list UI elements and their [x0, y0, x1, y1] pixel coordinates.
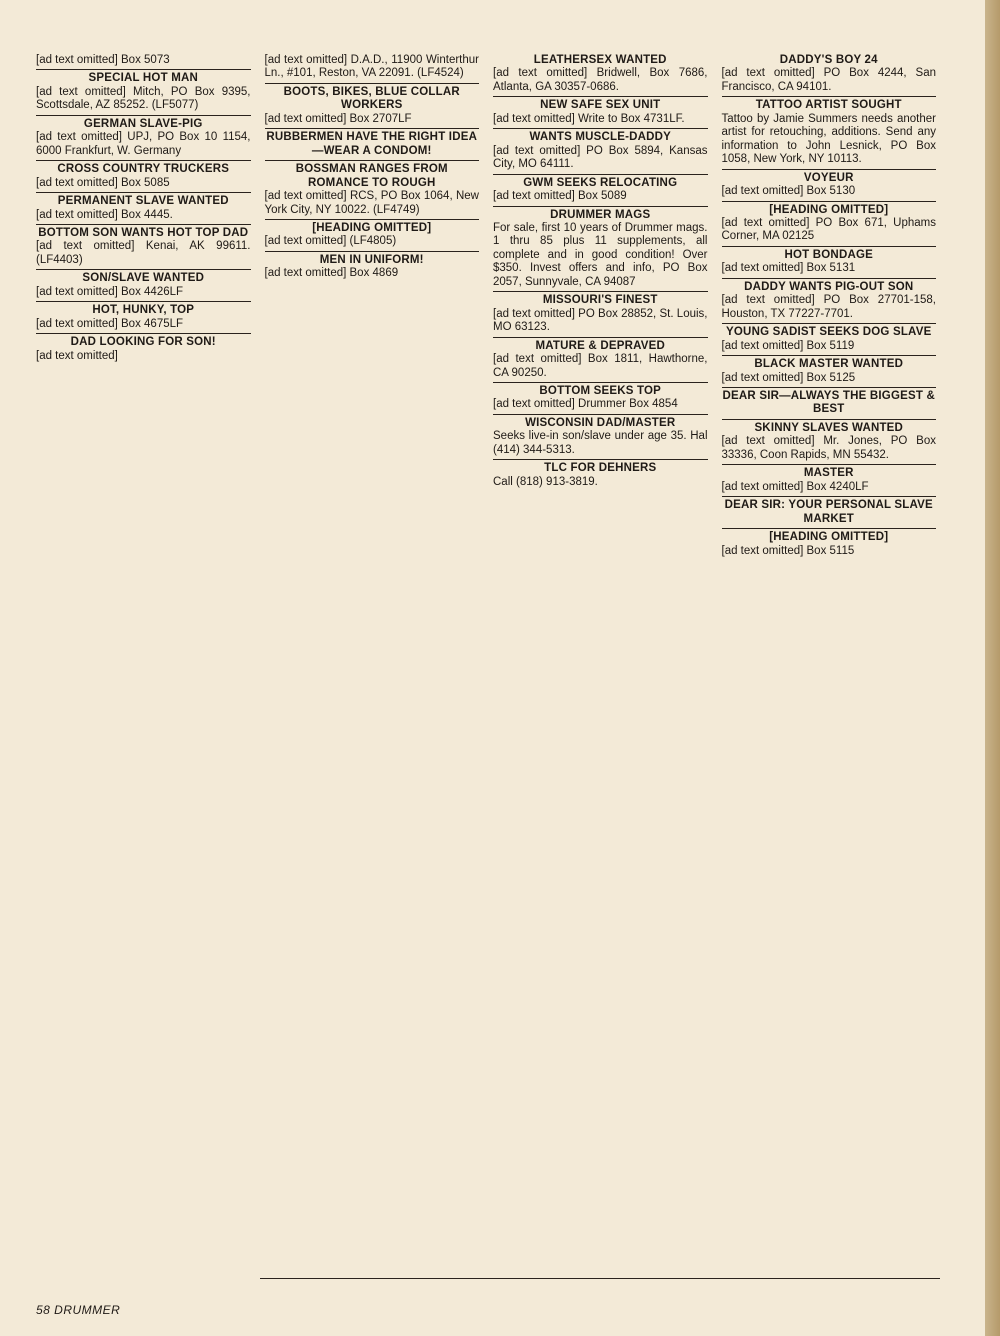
ad-heading: BOTTOM SEEKS TOP: [493, 385, 708, 398]
ad-body: [ad text omitted] Box 4869: [265, 267, 480, 280]
classified-ad: NEW SAFE SEX UNIT[ad text omitted] Write…: [493, 96, 708, 126]
classified-ad: DEAR SIR: YOUR PERSONAL SLAVE MARKET: [722, 496, 937, 526]
ad-body: [ad text omitted] Box 5125: [722, 372, 937, 385]
classified-ad: MISSOURI'S FINEST[ad text omitted] PO Bo…: [493, 291, 708, 334]
ad-body: [ad text omitted] Bridwell, Box 7686, At…: [493, 67, 708, 94]
classified-ad: SKINNY SLAVES WANTED[ad text omitted] Mr…: [722, 419, 937, 462]
classified-ad: YOUNG SADIST SEEKS DOG SLAVE[ad text omi…: [722, 323, 937, 353]
ad-body: [ad text omitted] Box 4675LF: [36, 318, 251, 331]
magazine-page: [ad text omitted] Box 5073SPECIAL HOT MA…: [0, 0, 985, 1336]
ad-body: [ad text omitted] PO Box 27701-158, Hous…: [722, 294, 937, 321]
ad-heading: [heading omitted]: [722, 531, 937, 544]
classified-ad: MEN IN UNIFORM![ad text omitted] Box 486…: [265, 251, 480, 281]
ad-body: [ad text omitted] D.A.D., 11900 Winterth…: [265, 54, 480, 81]
classified-ad: WANTS MUSCLE-DADDY[ad text omitted] PO B…: [493, 128, 708, 171]
ad-body: [ad text omitted] PO Box 4244, San Franc…: [722, 67, 937, 94]
ad-body: [ad text omitted] Box 5130: [722, 185, 937, 198]
column-3: LEATHERSEX WANTED[ad text omitted] Bridw…: [493, 50, 708, 558]
ad-heading: RUBBERMEN HAVE THE RIGHT IDEA—WEAR A CON…: [265, 131, 480, 158]
ad-heading: BLACK MASTER WANTED: [722, 358, 937, 371]
ad-heading: GERMAN SLAVE-PIG: [36, 118, 251, 131]
ad-heading: SON/SLAVE WANTED: [36, 272, 251, 285]
ad-heading: WISCONSIN DAD/MASTER: [493, 417, 708, 430]
ad-body: [ad text omitted] Kenai, AK 99611. (LF44…: [36, 240, 251, 267]
classified-ad: MASTER[ad text omitted] Box 4240LF: [722, 464, 937, 494]
classified-ad: [heading omitted][ad text omitted] (LF48…: [265, 219, 480, 249]
ad-heading: MATURE & DEPRAVED: [493, 340, 708, 353]
ad-body: [ad text omitted]: [36, 350, 251, 363]
classified-ad: VOYEUR[ad text omitted] Box 5130: [722, 169, 937, 199]
ad-body: [ad text omitted] (LF4805): [265, 235, 480, 248]
ad-body: [ad text omitted] Box 5085: [36, 177, 251, 190]
classified-ad: GERMAN SLAVE-PIG[ad text omitted] UPJ, P…: [36, 115, 251, 158]
ad-body: [ad text omitted] Write to Box 4731LF.: [493, 113, 708, 126]
classified-ad: GWM SEEKS RELOCATING[ad text omitted] Bo…: [493, 174, 708, 204]
ad-heading: TLC FOR DEHNERS: [493, 462, 708, 475]
ad-body: For sale, first 10 years of Drummer mags…: [493, 222, 708, 289]
ad-heading: HOT, HUNKY, TOP: [36, 304, 251, 317]
classified-ad: DRUMMER MAGSFor sale, first 10 years of …: [493, 206, 708, 290]
ad-heading: BOSSMAN RANGES FROM ROMANCE TO ROUGH: [265, 163, 480, 190]
ad-heading: BOOTS, BIKES, BLUE COLLAR WORKERS: [265, 86, 480, 113]
ad-body: [ad text omitted] Mr. Jones, PO Box 3333…: [722, 435, 937, 462]
classified-ad: BOOTS, BIKES, BLUE COLLAR WORKERS[ad tex…: [265, 83, 480, 126]
ad-body: [ad text omitted] PO Box 5894, Kansas Ci…: [493, 145, 708, 172]
classified-ad: RUBBERMEN HAVE THE RIGHT IDEA—WEAR A CON…: [265, 128, 480, 158]
ad-body: [ad text omitted] Box 2707LF: [265, 113, 480, 126]
ad-heading: BOTTOM SON WANTS HOT TOP DAD: [36, 227, 251, 240]
classified-ad: SPECIAL HOT MAN[ad text omitted] Mitch, …: [36, 69, 251, 112]
column-4: DADDY'S BOY 24[ad text omitted] PO Box 4…: [722, 50, 937, 558]
ad-body: [ad text omitted] PO Box 28852, St. Loui…: [493, 308, 708, 335]
ad-body: [ad text omitted] Box 4426LF: [36, 286, 251, 299]
classified-ad: TLC FOR DEHNERSCall (818) 913-3819.: [493, 459, 708, 489]
classified-ad: DAD LOOKING FOR SON![ad text omitted]: [36, 333, 251, 363]
classified-ad: [heading omitted][ad text omitted] PO Bo…: [722, 201, 937, 244]
ad-heading: [heading omitted]: [265, 222, 480, 235]
ad-heading: CROSS COUNTRY TRUCKERS: [36, 163, 251, 176]
ad-body: [ad text omitted] Mitch, PO Box 9395, Sc…: [36, 86, 251, 113]
column-2: [ad text omitted] D.A.D., 11900 Winterth…: [265, 50, 480, 558]
ad-body: [ad text omitted] Drummer Box 4854: [493, 398, 708, 411]
classified-ad: BOTTOM SEEKS TOP[ad text omitted] Drumme…: [493, 382, 708, 412]
classified-ad: WISCONSIN DAD/MASTERSeeks live-in son/sl…: [493, 414, 708, 457]
ad-heading: VOYEUR: [722, 172, 937, 185]
ad-heading: MEN IN UNIFORM!: [265, 254, 480, 267]
ad-heading: SKINNY SLAVES WANTED: [722, 422, 937, 435]
ad-body: [ad text omitted] Box 5115: [722, 545, 937, 558]
ad-body: [ad text omitted] Box 5089: [493, 190, 708, 203]
ad-heading: YOUNG SADIST SEEKS DOG SLAVE: [722, 326, 937, 339]
ad-heading: WANTS MUSCLE-DADDY: [493, 131, 708, 144]
ad-body: [ad text omitted] Box 5131: [722, 262, 937, 275]
classified-ad: PERMANENT SLAVE WANTED[ad text omitted] …: [36, 192, 251, 222]
classified-ad: DEAR SIR—ALWAYS THE BIGGEST & BEST: [722, 387, 937, 417]
classified-ad: HOT, HUNKY, TOP[ad text omitted] Box 467…: [36, 301, 251, 331]
classified-ad: TATTOO ARTIST SOUGHTTattoo by Jamie Summ…: [722, 96, 937, 166]
ad-heading: TATTOO ARTIST SOUGHT: [722, 99, 937, 112]
classified-columns: [ad text omitted] Box 5073SPECIAL HOT MA…: [36, 50, 936, 558]
ad-heading: LEATHERSEX WANTED: [493, 54, 708, 67]
ad-body: Call (818) 913-3819.: [493, 476, 708, 489]
ad-body: [ad text omitted] Box 4445.: [36, 209, 251, 222]
ad-body: [ad text omitted] Box 5119: [722, 340, 937, 353]
page-edge: [985, 0, 1000, 1336]
ad-body: [ad text omitted] UPJ, PO Box 10 1154, 6…: [36, 131, 251, 158]
ad-body: [ad text omitted] PO Box 671, Uphams Cor…: [722, 217, 937, 244]
classified-ad: DADDY WANTS PIG-OUT SON[ad text omitted]…: [722, 278, 937, 321]
classified-ad: DADDY'S BOY 24[ad text omitted] PO Box 4…: [722, 52, 937, 94]
classified-ad: HOT BONDAGE[ad text omitted] Box 5131: [722, 246, 937, 276]
ad-body: [ad text omitted] RCS, PO Box 1064, New …: [265, 190, 480, 217]
ad-body: Seeks live-in son/slave under age 35. Ha…: [493, 430, 708, 457]
classified-ad: SON/SLAVE WANTED[ad text omitted] Box 44…: [36, 269, 251, 299]
classified-ad: [heading omitted][ad text omitted] Box 5…: [722, 528, 937, 558]
ad-heading: [heading omitted]: [722, 204, 937, 217]
ad-heading: MASTER: [722, 467, 937, 480]
ad-heading: DEAR SIR: YOUR PERSONAL SLAVE MARKET: [722, 499, 937, 526]
ad-body: [ad text omitted] Box 4240LF: [722, 481, 937, 494]
classified-ad: BOTTOM SON WANTS HOT TOP DAD[ad text omi…: [36, 224, 251, 267]
footer-rule: [260, 1278, 940, 1279]
column-1: [ad text omitted] Box 5073SPECIAL HOT MA…: [36, 50, 251, 558]
classified-ad: BOSSMAN RANGES FROM ROMANCE TO ROUGH[ad …: [265, 160, 480, 217]
ad-body: [ad text omitted] Box 5073: [36, 54, 251, 67]
ad-body: [ad text omitted] Box 1811, Hawthorne, C…: [493, 353, 708, 380]
classified-ad: [ad text omitted] Box 5073: [36, 52, 251, 67]
ad-heading: HOT BONDAGE: [722, 249, 937, 262]
classified-ad: BLACK MASTER WANTED[ad text omitted] Box…: [722, 355, 937, 385]
classified-ad: MATURE & DEPRAVED[ad text omitted] Box 1…: [493, 337, 708, 380]
classified-ad: [ad text omitted] D.A.D., 11900 Winterth…: [265, 52, 480, 81]
ad-heading: NEW SAFE SEX UNIT: [493, 99, 708, 112]
ad-body: Tattoo by Jamie Summers needs another ar…: [722, 113, 937, 167]
classified-ad: LEATHERSEX WANTED[ad text omitted] Bridw…: [493, 52, 708, 94]
ad-heading: GWM SEEKS RELOCATING: [493, 177, 708, 190]
page-footer: 58 DRUMMER: [36, 1303, 120, 1317]
ad-heading: MISSOURI'S FINEST: [493, 294, 708, 307]
ad-heading: PERMANENT SLAVE WANTED: [36, 195, 251, 208]
ad-heading: DEAR SIR—ALWAYS THE BIGGEST & BEST: [722, 390, 937, 417]
ad-heading: SPECIAL HOT MAN: [36, 72, 251, 85]
ad-heading: DAD LOOKING FOR SON!: [36, 336, 251, 349]
ad-heading: DRUMMER MAGS: [493, 209, 708, 222]
ad-heading: DADDY WANTS PIG-OUT SON: [722, 281, 937, 294]
ad-heading: DADDY'S BOY 24: [722, 54, 937, 67]
classified-ad: CROSS COUNTRY TRUCKERS[ad text omitted] …: [36, 160, 251, 190]
